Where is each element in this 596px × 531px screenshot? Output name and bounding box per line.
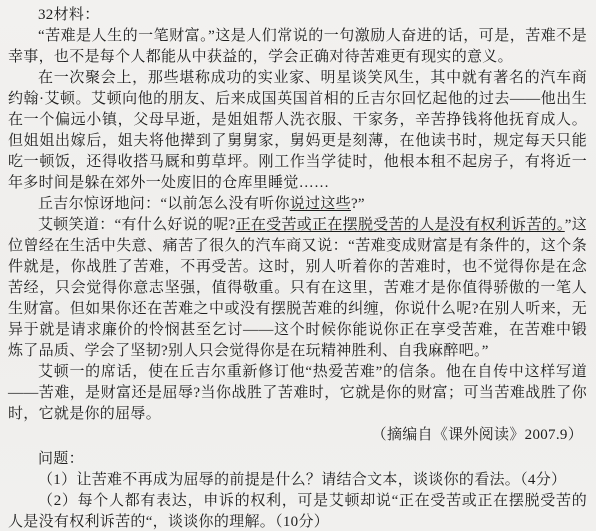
underlined-text: 正在受苦或正在摆脱受苦的人是没有权利诉苦的。 [236,217,565,233]
question-item-2: （2）每个人都有表达，申诉的权利，可是艾顿却说“正在受苦或正在摆脱受苦的人是没有… [8,491,587,531]
questions-label: 问题： [8,449,587,470]
text-segment: 艾顿笑道：“有什么好说的呢? [38,217,236,233]
material-label: 32材料： [8,5,587,26]
para-ayton-reply: 艾顿笑道：“有什么好说的呢?正在受苦或正在摆脱受苦的人是没有权利诉苦的。”这位曾… [8,215,587,362]
para-intro: “苦难是人生的一笔财富。”这是人们常说的一句激励人奋进的话，可是，苦难不是幸事，… [8,26,587,68]
underlined-text: 说过这些 [290,196,351,212]
text-segment: 丘吉尔惊讶地问：“以前怎么没有听你 [38,196,290,212]
document-body: “苦难是人生的一笔财富。”这是人们常说的一句激励人奋进的话，可是，苦难不是幸事，… [8,26,587,425]
text-segment: ”这位曾经在生活中失意、痛苦了很久的汽车商又说：“苦难变成财富是有条件的，这个条… [8,217,587,359]
para-ayton-story: 在一次聚会上，那些堪称成功的实业家、明星谈笑风生，其中就有著名的汽车商约翰·艾顿… [8,68,587,194]
text-segment: ?” [351,196,365,212]
question-item-1: （1）让苦难不再成为屈辱的前提是什么？请结合文本，谈谈你的看法。（4分） [8,470,587,491]
text-segment: 在一次聚会上，那些堪称成功的实业家、明星谈笑风生，其中就有著名的汽车商约翰·艾顿… [8,70,587,191]
text-segment: “苦难是人生的一笔财富。”这是人们常说的一句激励人奋进的话，可是，苦难不是幸事，… [8,28,587,65]
para-conclusion: 艾顿一的席话，使在丘吉尔重新修订他“热爱苦难”的信条。他在自传中这样写道——苦难… [8,362,587,425]
questions-list: （1）让苦难不再成为屈辱的前提是什么？请结合文本，谈谈你的看法。（4分）（2）每… [8,470,587,531]
text-segment: 艾顿一的席话，使在丘吉尔重新修订他“热爱苦难”的信条。他在自传中这样写道——苦难… [8,364,587,422]
scanned-exam-page: 32材料： “苦难是人生的一笔财富。”这是人们常说的一句激励人奋进的话，可是，苦… [0,0,596,531]
para-churchill-question: 丘吉尔惊讶地问：“以前怎么没有听你说过这些?” [8,194,587,215]
citation: （摘编自《课外阅读》2007.9） [8,425,587,446]
